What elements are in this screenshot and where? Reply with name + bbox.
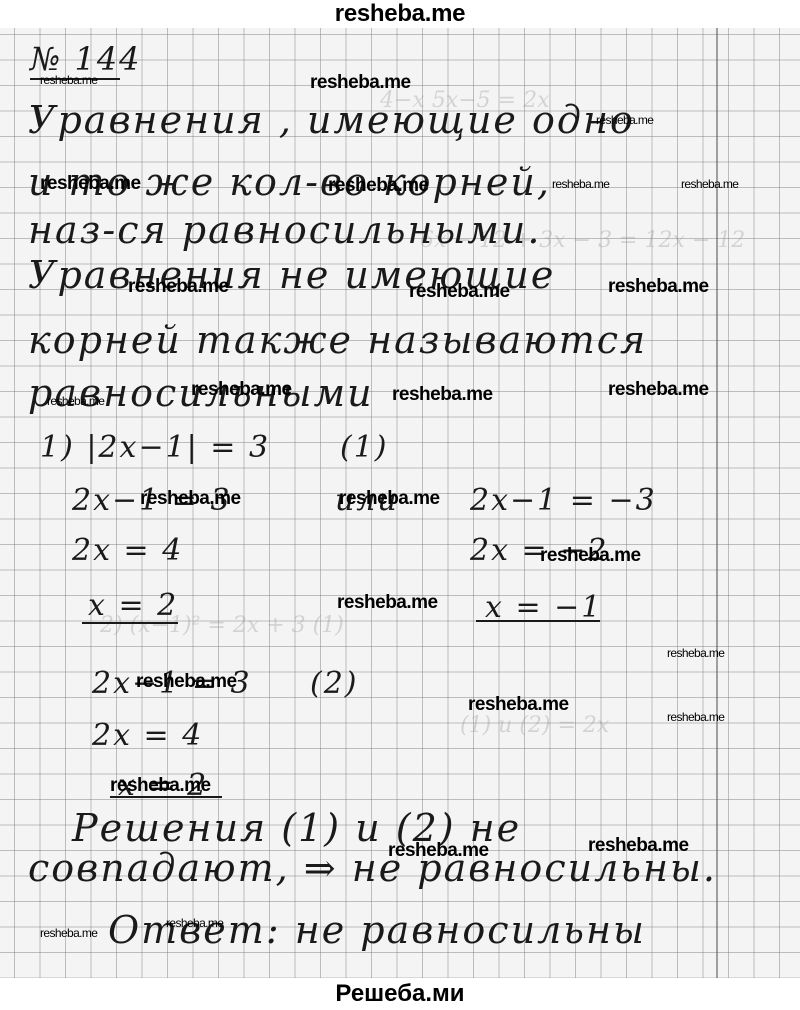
watermark: resheba.me: [667, 710, 724, 724]
watermark: resheba.me: [40, 173, 141, 195]
watermark: resheba.me: [552, 177, 609, 191]
watermark: resheba.me: [681, 177, 738, 191]
case-right-step-1: 2x−1 = −3: [470, 483, 657, 518]
watermark: resheba.me: [337, 592, 438, 614]
ghost-text: (1) и (2) = 2x: [460, 713, 609, 738]
watermark: resheba.me: [310, 72, 411, 94]
case-right-result-underline: [476, 620, 600, 622]
case-left-result: x = 2: [88, 588, 178, 623]
watermark: resheba.me: [128, 276, 229, 298]
watermark: resheba.me: [588, 835, 689, 857]
watermark: resheba.me: [409, 281, 510, 303]
watermark: resheba.me: [166, 916, 223, 930]
answer-line: Ответ: не равносильны: [108, 908, 646, 952]
watermark: resheba.me: [140, 488, 241, 510]
watermark: resheba.me: [388, 840, 489, 862]
case-left-result-underline: [82, 622, 178, 624]
watermark: resheba.me: [191, 379, 292, 401]
equation-1-label: (1): [340, 430, 389, 465]
definition-line-1: Уравнения , имеющие одно: [28, 98, 635, 142]
site-footer-title: Решеба.ми: [0, 978, 800, 1010]
watermark: resheba.me: [339, 488, 440, 510]
definition-line-3: наз-ся равносильными.: [28, 208, 541, 252]
watermark: resheba.me: [136, 671, 237, 693]
watermark: resheba.me: [540, 545, 641, 567]
watermark: resheba.me: [596, 113, 653, 127]
case-left-step-2: 2x = 4: [72, 533, 183, 568]
watermark: resheba.me: [667, 646, 724, 660]
definition2-line-2: корней также называются: [28, 318, 647, 362]
watermark: resheba.me: [608, 276, 709, 298]
equation-1: 1) |2x−1| = 3: [40, 430, 270, 465]
site-header-title: resheba.me: [0, 0, 800, 28]
equation-2-step-1: 2x = 4: [92, 718, 203, 753]
watermark: resheba.me: [40, 73, 97, 87]
watermark: resheba.me: [40, 926, 97, 940]
watermark: resheba.me: [47, 394, 104, 408]
watermark: resheba.me: [328, 175, 429, 197]
watermark: resheba.me: [110, 775, 211, 797]
equation-2-label: (2): [310, 666, 359, 701]
watermark: resheba.me: [608, 379, 709, 401]
watermark: resheba.me: [468, 694, 569, 716]
page-margin-line: [716, 28, 718, 978]
watermark: resheba.me: [392, 384, 493, 406]
